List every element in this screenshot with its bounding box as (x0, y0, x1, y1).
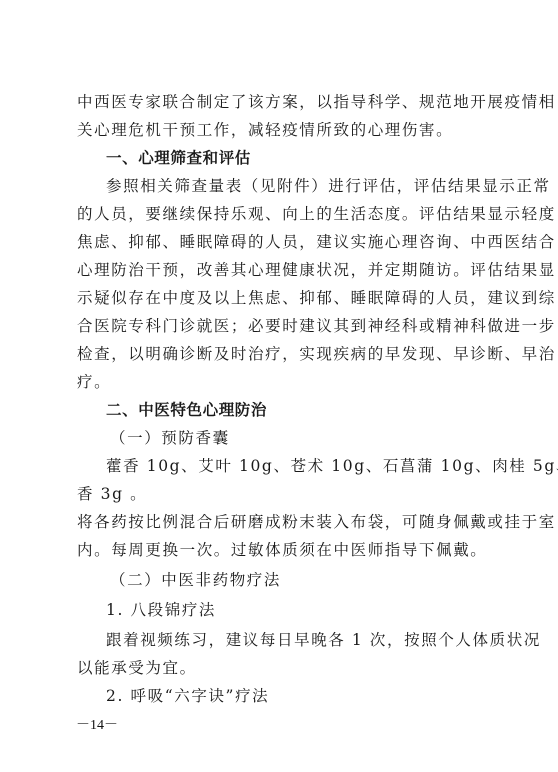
subsection-heading: （一）预防香囊 (110, 428, 520, 448)
body-text-line: 香 3g 。 (77, 484, 487, 504)
body-text-line: 关心理危机干预工作，减轻疫情所致的心理伤害。 (77, 120, 487, 140)
body-text-line: 内。每周更换一次。过敏体质须在中医师指导下佩戴。 (77, 540, 487, 560)
list-item-heading: 1. 八段锦疗法 (106, 600, 516, 620)
body-text-line: 中西医专家联合制定了该方案，以指导科学、规范地开展疫情相 (77, 92, 487, 112)
document-page: 中西医专家联合制定了该方案，以指导科学、规范地开展疫情相 关心理危机干预工作，减… (0, 0, 558, 772)
body-text-line: 以能承受为宜。 (77, 658, 487, 678)
section-heading-2: 二、中医特色心理防治 (106, 400, 516, 420)
body-text-line: 示疑似存在中度及以上焦虑、抑郁、睡眠障碍的人员，建议到综 (77, 288, 487, 308)
body-text-line: 的人员，要继续保持乐观、向上的生活态度。评估结果显示轻度 (77, 204, 487, 224)
body-text-line: 参照相关筛查量表（见附件）进行评估，评估结果显示正常 (106, 176, 516, 196)
body-text-line: 藿香 10g、艾叶 10g、苍术 10g、石菖蒲 10g、肉桂 5g、丁 (106, 456, 516, 476)
body-text-line: 将各药按比例混合后研磨成粉末装入布袋，可随身佩戴或挂于室 (77, 512, 487, 532)
body-text-line: 检查，以明确诊断及时治疗，实现疾病的早发现、早诊断、早治 (77, 344, 487, 364)
body-text-line: 跟着视频练习，建议每日早晚各 1 次，按照个人体质状况 (106, 630, 516, 650)
body-text-line: 疗。 (77, 372, 487, 392)
body-text-line: 合医院专科门诊就医；必要时建议其到神经科或精神科做进一步 (77, 316, 487, 336)
body-text-line: 焦虑、抑郁、睡眠障碍的人员，建议实施心理咨询、中西医结合 (77, 232, 487, 252)
list-item-heading: 2. 呼吸“六字诀”疗法 (106, 686, 516, 706)
body-text-line: 心理防治干预，改善其心理健康状况，并定期随访。评估结果显 (77, 260, 487, 280)
page-number: －14－ (76, 714, 118, 734)
section-heading-1: 一、心理筛查和评估 (106, 148, 516, 168)
subsection-heading: （二）中医非药物疗法 (110, 570, 520, 590)
